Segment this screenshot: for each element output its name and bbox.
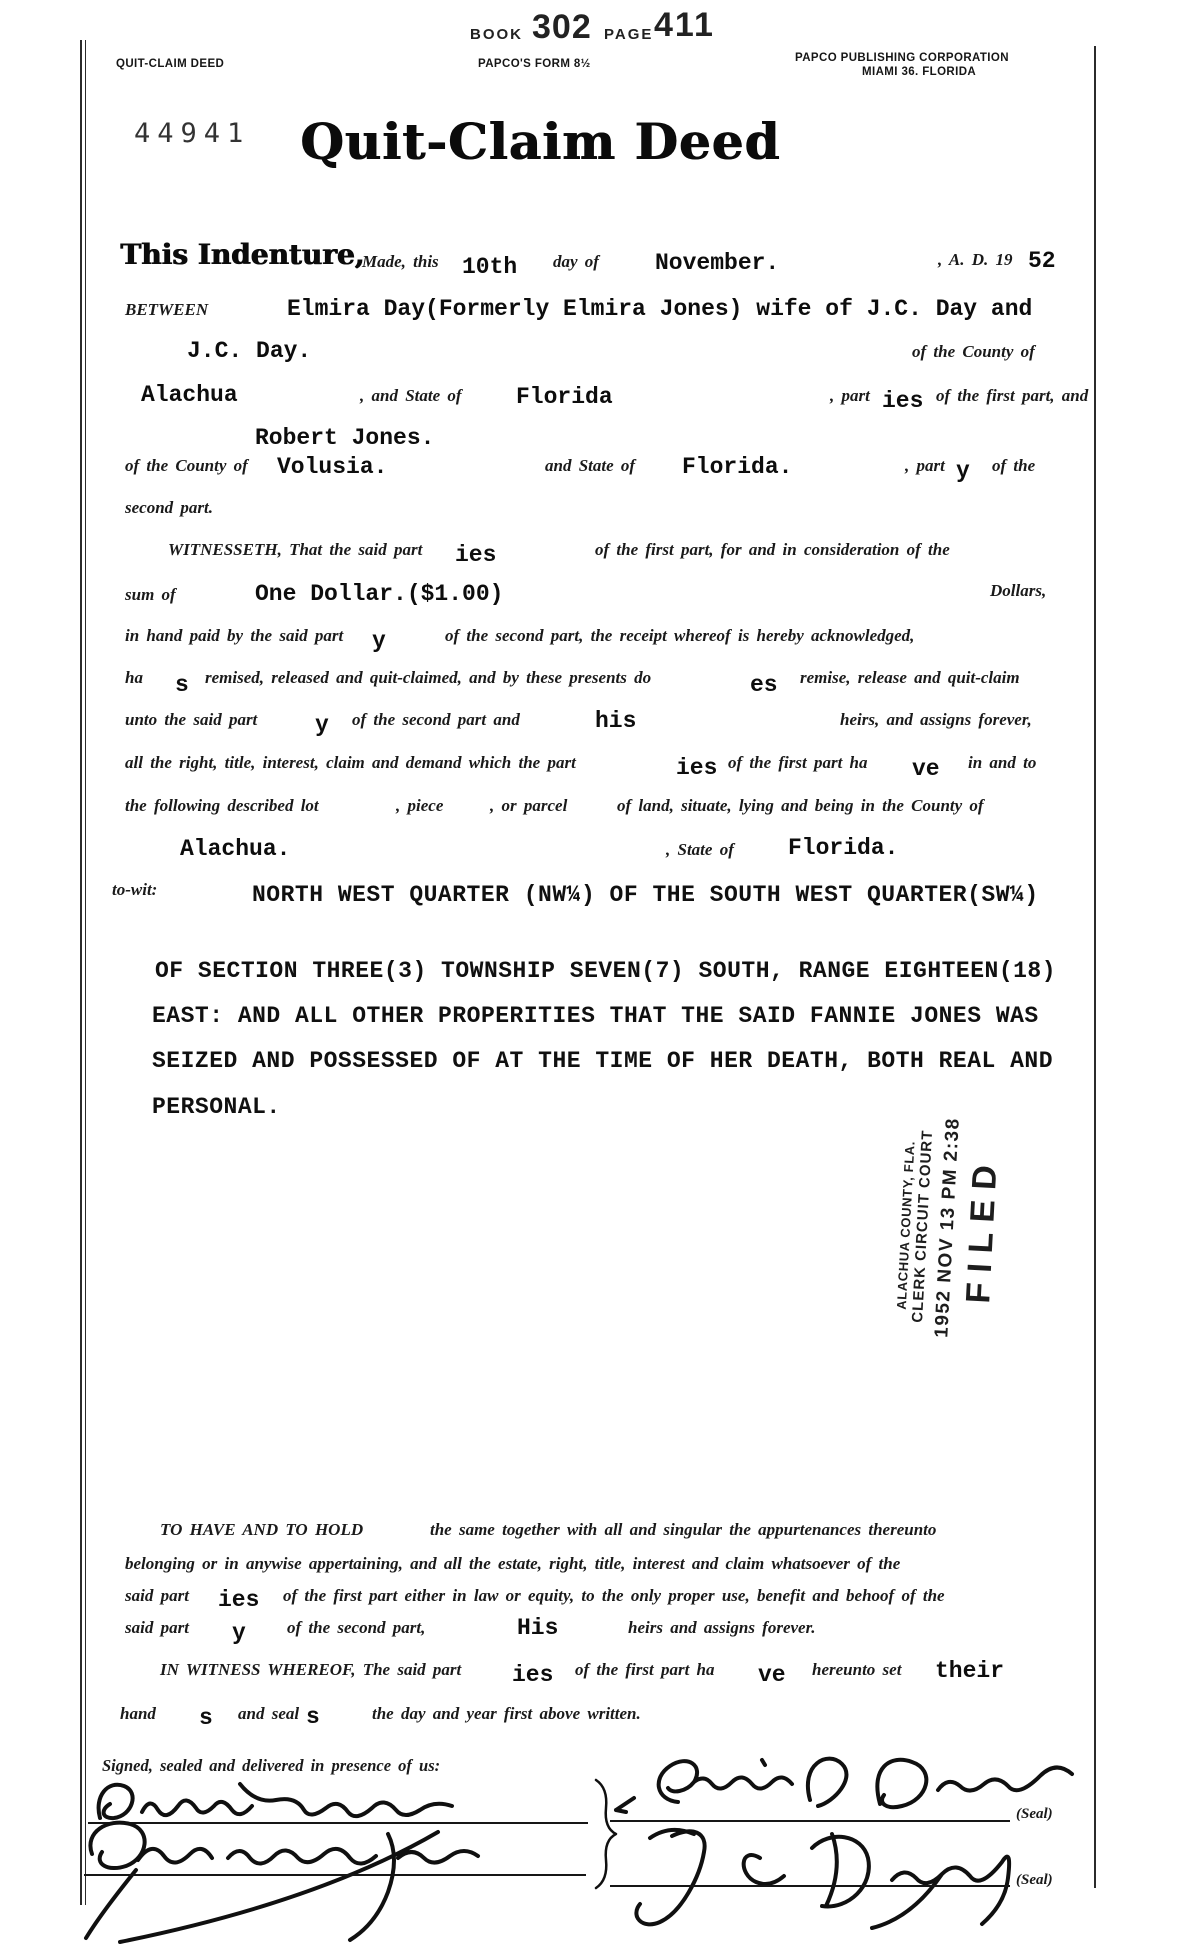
header-publisher-line1: PAPCO PUBLISHING CORPORATION (795, 52, 1009, 64)
typed-ha-s: s (175, 672, 189, 698)
grantor-signature-jc-day (610, 1818, 1030, 1932)
and-state-of-label: , and State of (360, 386, 462, 406)
typed-do-es: es (750, 672, 778, 698)
between-label: BETWEEN (125, 300, 208, 320)
typed-witness-ve: ve (758, 1662, 786, 1688)
hand-label: hand (120, 1704, 156, 1724)
typed-grantor-line1: Elmira Day(Formerly Elmira Jones) wife o… (287, 296, 1032, 322)
typed-witnesseth-ies: ies (455, 542, 496, 568)
typed-day: 10th (462, 254, 517, 280)
and-state-of-label-2: and State of (545, 456, 635, 476)
filed-stamp-filed: FILED (958, 1094, 1008, 1365)
document-number: 44941 (134, 118, 250, 149)
page-label-stamp: PAGE (604, 26, 653, 43)
dollars-label: Dollars, (990, 581, 1046, 601)
made-this-label: Made, this (362, 252, 439, 272)
witness-signature-line-2 (84, 1874, 586, 1876)
grantor-signature-line-2 (610, 1885, 1010, 1887)
quit-claim-deed-page: BOOK 302 PAGE 411 QUIT-CLAIM DEED PAPCO'… (0, 0, 1200, 1948)
typed-situs-state: Florida. (788, 835, 898, 861)
typed-ha-ve: ve (912, 756, 940, 782)
said-part-label-1: said part (125, 1586, 189, 1606)
witness-signature-2 (78, 1814, 508, 1946)
of-land-label: of land, situate, lying and being in the… (617, 796, 984, 816)
typed-habendum-y: y (232, 1620, 246, 1646)
receipt-label: of the second part, the receipt whereof … (445, 626, 914, 646)
said-part-label-2: said part (125, 1618, 189, 1638)
second-part-and-label: of the second part and (352, 710, 520, 730)
or-parcel-label: , or parcel (490, 796, 567, 816)
typed-description-line4: SEIZED AND POSSESSED OF AT THE TIME OF H… (152, 1048, 1053, 1074)
page-number-stamp: 411 (654, 6, 715, 45)
to-have-line1: the same together with all and singular … (430, 1520, 936, 1540)
typed-amount: One Dollar.($1.00) (255, 581, 503, 607)
day-of-label: day of (553, 252, 599, 272)
typed-grantee-name: Robert Jones. (255, 425, 434, 451)
filed-stamp: ALACHUA COUNTY, FLA. CLERK CIRCUIT COURT… (893, 1098, 1097, 1362)
header-form-number: PAPCO'S FORM 8½ (478, 58, 591, 70)
typed-hand-s: s (199, 1705, 213, 1731)
typed-part-suffix-ies: ies (882, 388, 923, 414)
typed-seal-s: s (306, 1704, 320, 1730)
book-label-stamp: BOOK (470, 26, 523, 43)
of-county-of-label-2: of the County of (125, 456, 248, 476)
typed-situs-county: Alachua. (180, 836, 290, 862)
typed-description-line5: PERSONAL. (152, 1094, 281, 1120)
left-border-inner (85, 40, 86, 1905)
of-the-label: of the (992, 456, 1035, 476)
of-county-of-label: of the County of (912, 342, 1035, 362)
all-right-label: all the right, title, interest, claim an… (125, 753, 576, 773)
typed-grantee-county: Volusia. (277, 454, 387, 480)
typed-witness-ies: ies (512, 1662, 553, 1688)
of-first-part-and-label: of the first part, and (936, 386, 1088, 406)
sum-of-label: sum of (125, 585, 176, 605)
and-seal-label: and seal (238, 1704, 299, 1724)
part-label-1: , part (830, 386, 870, 406)
typed-grantor-county: Alachua (141, 382, 238, 408)
typed-description-line2: OF SECTION THREE(3) TOWNSHIP SEVEN(7) SO… (155, 958, 1056, 984)
typed-year: 52 (1028, 248, 1056, 274)
typed-his-cap: His (517, 1615, 558, 1641)
remise-label: remise, release and quit-claim (800, 668, 1020, 688)
typed-habendum-ies: ies (218, 1587, 259, 1613)
second-part-comma-label: of the second part, (287, 1618, 425, 1638)
to-have-lead: TO HAVE AND TO HOLD (160, 1520, 363, 1540)
typed-grantor-line2: J.C. Day. (187, 338, 311, 364)
in-and-to-label: in and to (968, 753, 1036, 773)
ad-19-label: , A. D. 19 (938, 250, 1013, 270)
page-title: Quit-Claim Deed (300, 112, 780, 171)
book-number-stamp: 302 (532, 8, 592, 47)
unto-label: unto the said part (125, 710, 257, 730)
described-lot-label: the following described lot (125, 796, 319, 816)
piece-label: , piece (396, 796, 443, 816)
typed-grantor-state: Florida (516, 384, 613, 410)
hereunto-set-label: hereunto set (812, 1660, 901, 1680)
second-part-label: second part. (125, 498, 213, 518)
header-form-name: QUIT-CLAIM DEED (116, 58, 224, 70)
to-have-line3: of the first part either in law or equit… (283, 1586, 945, 1606)
typed-part-suffix-y: y (956, 458, 970, 484)
filed-stamp-text: ALACHUA COUNTY, FLA. CLERK CIRCUIT COURT… (891, 1090, 1099, 1370)
first-part-ha-label: of the first part ha (728, 753, 868, 773)
left-border-outer (80, 40, 82, 1905)
paid-by-label: in hand paid by the said part (125, 626, 343, 646)
typed-description-line1: NORTH WEST QUARTER (NW¼) OF THE SOUTH WE… (252, 882, 1039, 908)
state-of-label: , State of (666, 840, 734, 860)
to-have-line2: belonging or in anywise appertaining, an… (125, 1554, 900, 1574)
header-publisher-line2: MIAMI 36. FLORIDA (862, 66, 976, 78)
remised-label: remised, released and quit-claimed, and … (205, 668, 651, 688)
typed-month: November. (655, 250, 779, 276)
heirs-forever-label: heirs, and assigns forever, (840, 710, 1032, 730)
right-border (1094, 46, 1096, 1888)
in-witness-lead: IN WITNESS WHEREOF, The said part (160, 1660, 461, 1680)
this-indenture-label: This Indenture, (120, 238, 364, 271)
typed-which-ies: ies (676, 755, 717, 781)
typed-description-line3: EAST: AND ALL OTHER PROPERITIES THAT THE… (152, 1003, 1039, 1029)
typed-grantee-state: Florida. (682, 454, 792, 480)
part-label-2: , part (905, 456, 945, 476)
typed-unto-y: y (315, 712, 329, 738)
seal-label-2: (Seal) (1016, 1872, 1053, 1889)
typed-his: his (595, 708, 636, 734)
consideration-label: of the first part, for and in considerat… (595, 540, 950, 560)
ha-label: ha (125, 668, 143, 688)
heirs-assigns-label: heirs and assigns forever. (628, 1618, 816, 1638)
witness-first-part-ha: of the first part ha (575, 1660, 715, 1680)
typed-paid-y: y (372, 628, 386, 654)
day-year-label: the day and year first above written. (372, 1704, 641, 1724)
to-wit-label: to-wit: (112, 880, 157, 900)
typed-their: their (935, 1658, 1004, 1684)
witnesseth-lead: WITNESSETH, That the said part (168, 540, 422, 560)
